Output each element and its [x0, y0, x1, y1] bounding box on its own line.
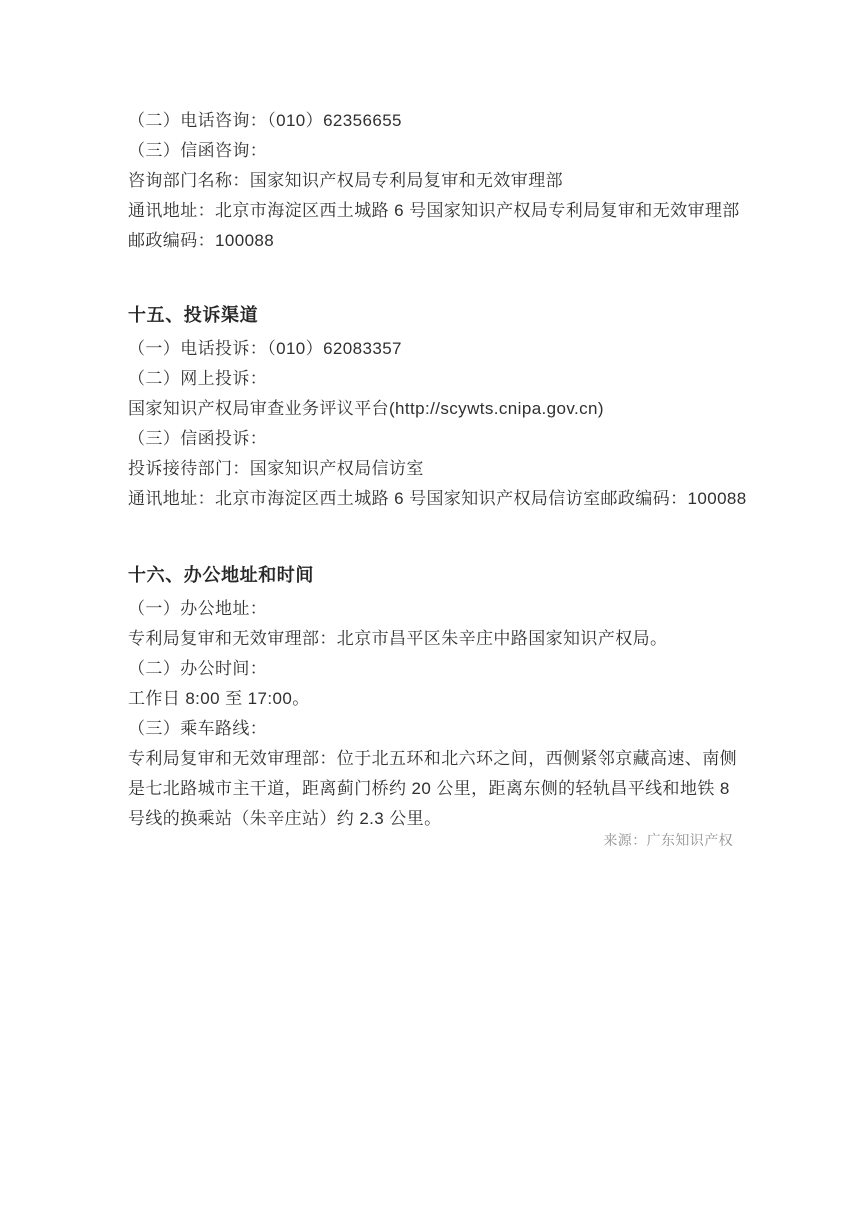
line-postal-code: 邮政编码：100088: [128, 231, 274, 251]
line-complaint-dept: 投诉接待部门：国家知识产权局信访室: [128, 459, 424, 479]
source-attribution: 来源：广东知识产权: [603, 832, 733, 849]
line-office-address: 专利局复审和无效审理部：北京市昌平区朱辛庄中路国家知识产权局。: [128, 629, 667, 649]
line-mail-complaint: （三）信函投诉：: [128, 429, 267, 449]
document-page: （二）电话咨询：（010）62356655 （三）信函咨询： 咨询部门名称：国家…: [0, 0, 860, 1216]
line-complaint-platform: 国家知识产权局审查业务评议平台(http://scywts.cnipa.gov.…: [128, 399, 604, 419]
line-phone-complaint: （一）电话投诉：（010）62083357: [128, 339, 402, 359]
line-transit-3: 号线的换乘站（朱辛庄站）约 2.3 公里。: [128, 809, 441, 829]
heading-office-address-time: 十六、办公地址和时间: [128, 565, 314, 586]
line-transit-2: 是七北路城市主干道，距离蓟门桥约 20 公里，距离东侧的轻轨昌平线和地铁 8: [128, 779, 730, 799]
line-online-complaint: （二）网上投诉：: [128, 369, 267, 389]
line-office-address-label: （一）办公地址：: [128, 599, 267, 619]
line-transit-label: （三）乘车路线：: [128, 719, 267, 739]
line-office-hours: 工作日 8:00 至 17:00。: [128, 689, 310, 709]
line-office-hours-label: （二）办公时间：: [128, 659, 267, 679]
line-mail-consult: （三）信函咨询：: [128, 141, 267, 161]
line-consult-address: 通讯地址：北京市海淀区西土城路 6 号国家知识产权局专利局复审和无效审理部: [128, 201, 740, 221]
line-phone-consult: （二）电话咨询：（010）62356655: [128, 111, 402, 131]
line-consult-dept: 咨询部门名称：国家知识产权局专利局复审和无效审理部: [128, 171, 563, 191]
line-complaint-address: 通讯地址：北京市海淀区西土城路 6 号国家知识产权局信访室邮政编码：100088: [128, 489, 747, 509]
line-transit-1: 专利局复审和无效审理部：位于北五环和北六环之间，西侧紧邻京藏高速、南侧: [128, 749, 737, 769]
heading-complaint-channels: 十五、投诉渠道: [128, 305, 258, 326]
